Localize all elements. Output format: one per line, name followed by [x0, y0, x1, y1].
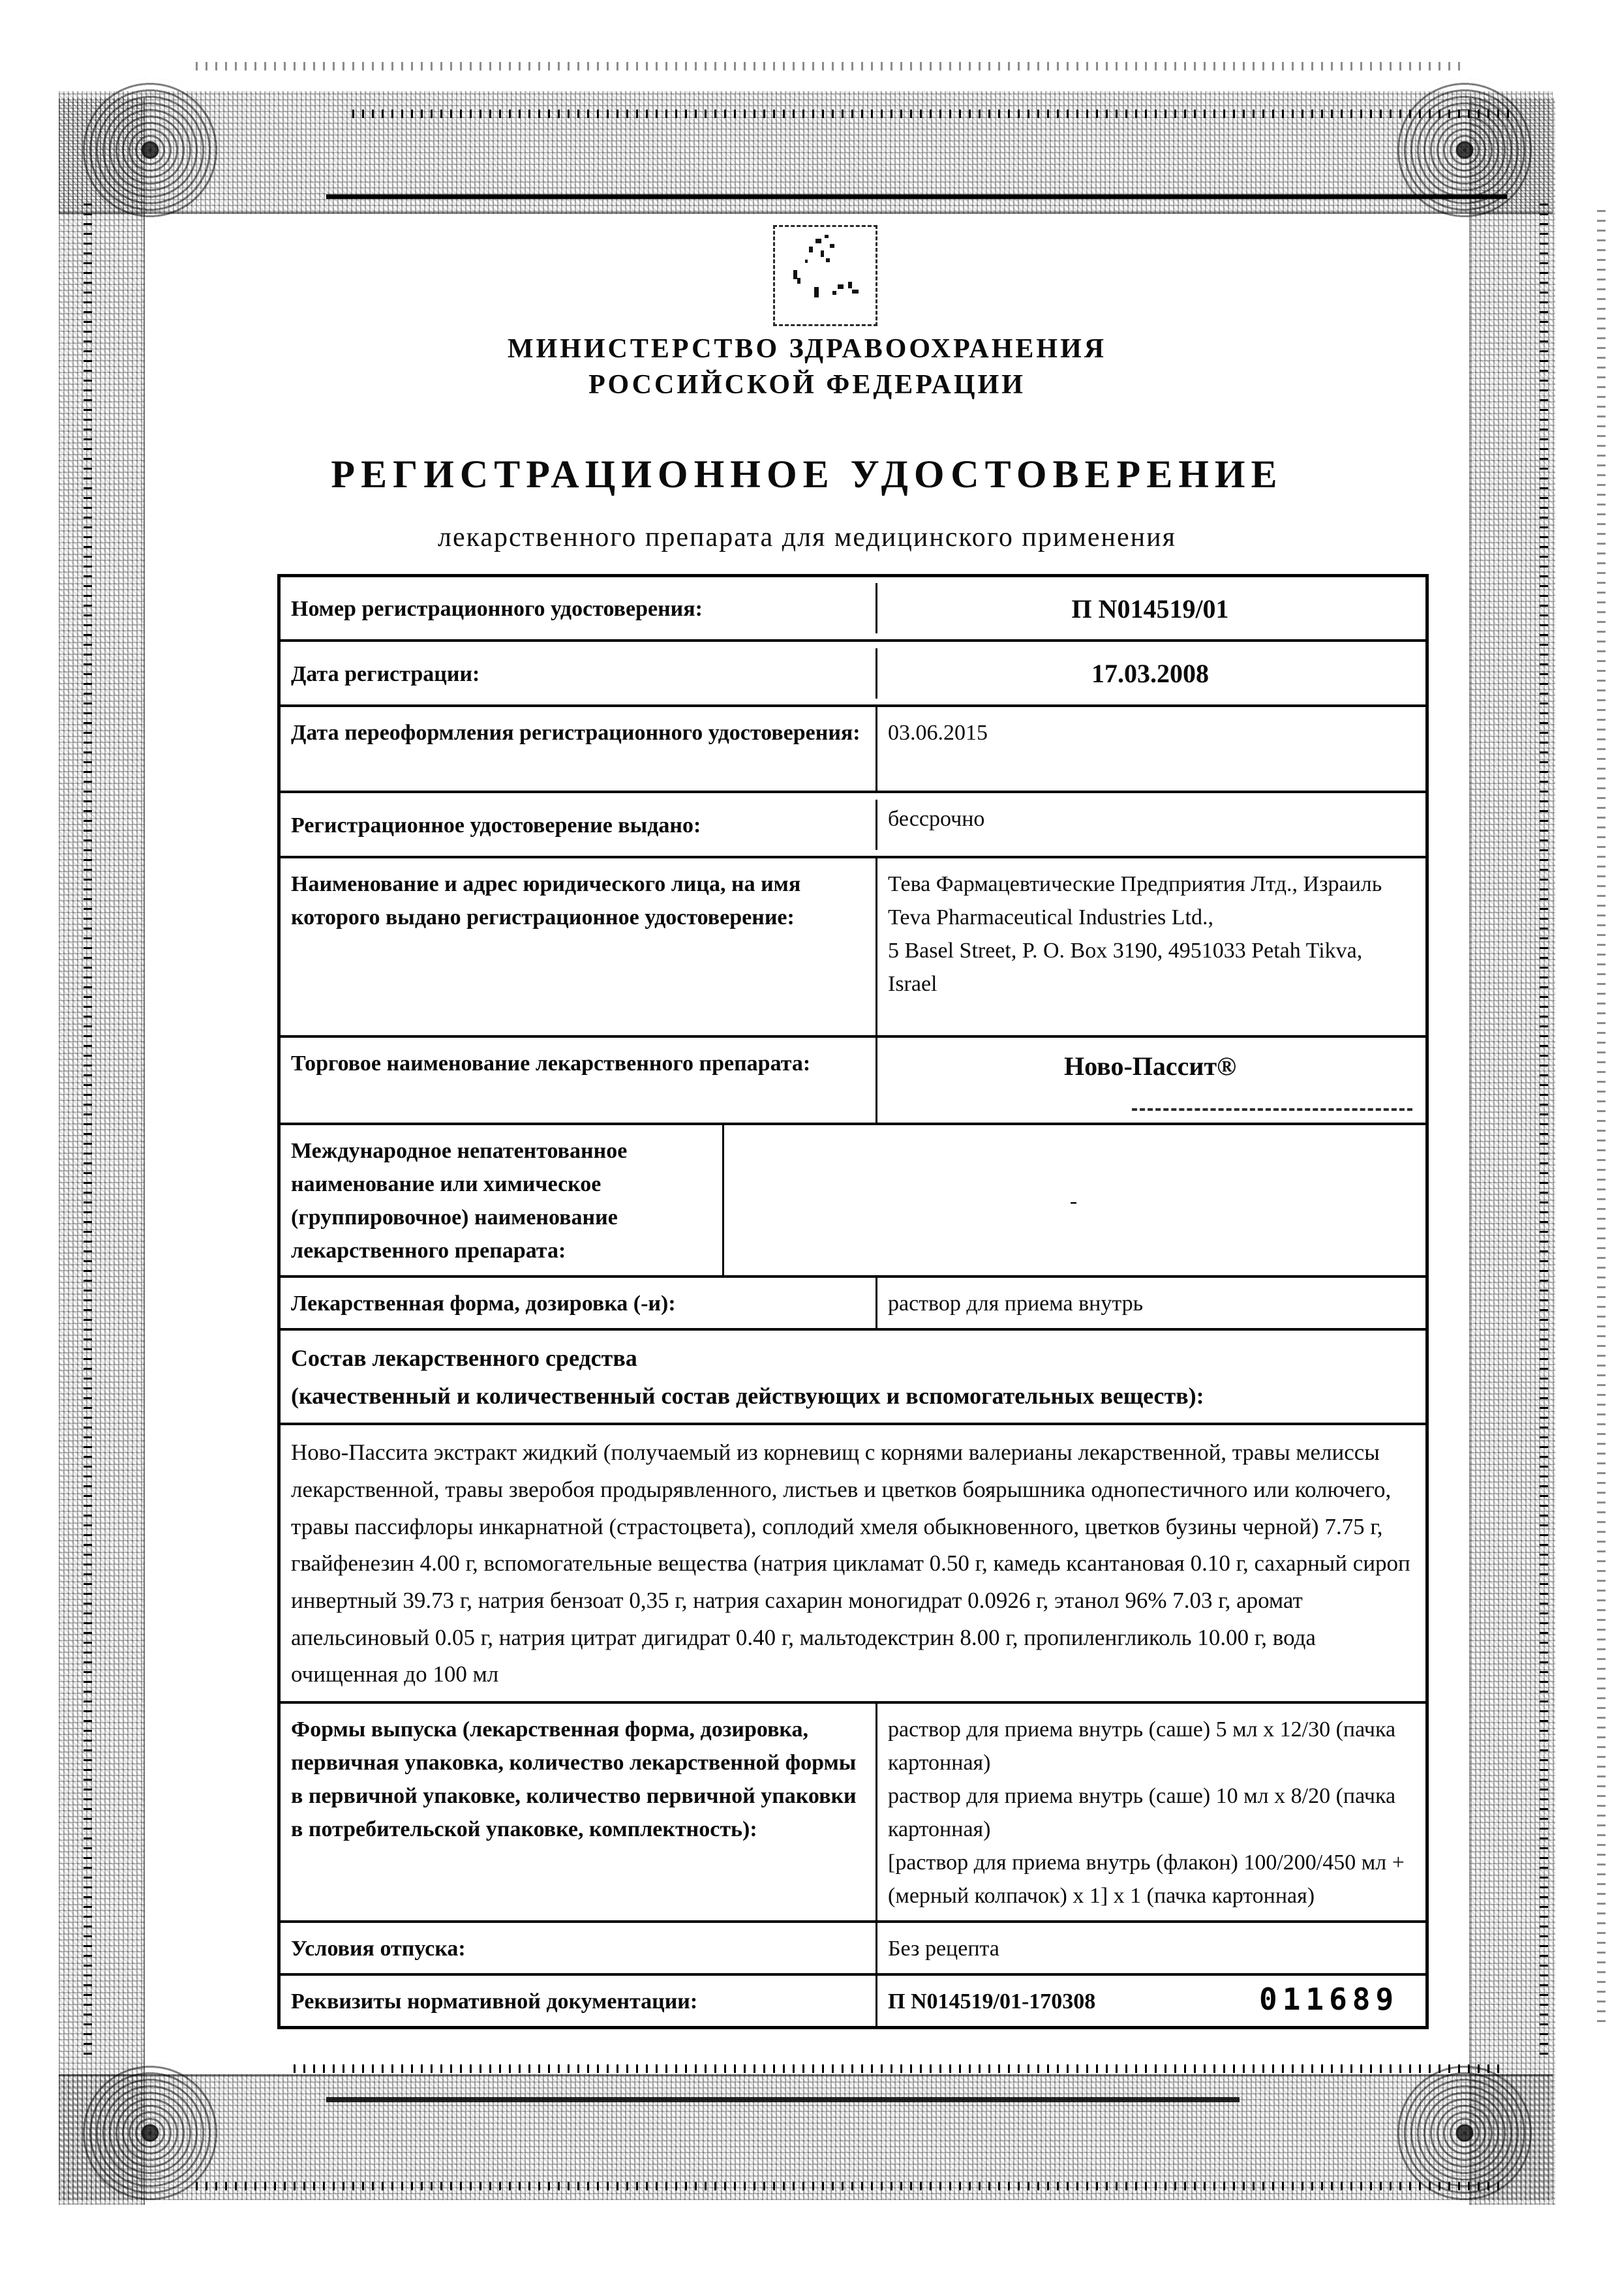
- dispensing-conditions-label: Условия отпуска:: [281, 1923, 877, 1973]
- border-band-left: [59, 98, 145, 2205]
- row-release-forms: Формы выпуска (лекарственная форма, дози…: [281, 1701, 1425, 1920]
- holder-label: Наименование и адрес юридического лица, …: [281, 858, 877, 1035]
- serial-number-stamp: 011689: [1259, 1982, 1399, 2017]
- document-subtitle: лекарственного препарата для медицинског…: [0, 522, 1614, 553]
- row-certificate-issued: Регистрационное удостоверение выдано: бе…: [281, 791, 1425, 856]
- document-title: РЕГИСТРАЦИОННОЕ УДОСТОВЕРЕНИЕ: [0, 452, 1614, 497]
- release-forms-label: Формы выпуска (лекарственная форма, дози…: [281, 1704, 877, 1920]
- release-forms-value: раствор для приема внутрь (саше) 5 мл x …: [877, 1704, 1425, 1920]
- registration-number-label: Номер регистрационного удостоверения:: [281, 583, 877, 633]
- row-composition-header: Состав лекарственного средства (качестве…: [281, 1328, 1425, 1423]
- ministry-line1: МИНИСТЕРСТВО ЗДРАВООХРАНЕНИЯ: [0, 331, 1614, 367]
- registration-number-value: П N014519/01: [877, 581, 1425, 637]
- border-rosette-top-right: [1393, 78, 1536, 222]
- border-ticks-top: [352, 110, 1514, 118]
- holder-value: Тева Фармацевтические Предприятия Лтд., …: [877, 858, 1425, 1035]
- ministry-header: МИНИСТЕРСТВО ЗДРАВООХРАНЕНИЯ РОССИЙСКОЙ …: [0, 331, 1614, 402]
- normative-docs-label: Реквизиты нормативной документации:: [281, 1976, 877, 2026]
- border-rule-top: [326, 194, 1507, 199]
- dosage-form-value: раствор для приема внутрь: [877, 1278, 1425, 1328]
- inn-label: Международное непатентованное наименован…: [281, 1125, 724, 1275]
- border-rule-bottom: [326, 2097, 1240, 2102]
- certificate-issued-value: бессрочно: [877, 793, 1425, 843]
- border-ticks-bottom-inner: [294, 2064, 1500, 2073]
- reissue-date-value: 03.06.2015: [877, 707, 1425, 791]
- row-inn: Международное непатентованное наименован…: [281, 1123, 1425, 1275]
- registration-date-label: Дата регистрации:: [281, 648, 877, 699]
- row-holder: Наименование и адрес юридического лица, …: [281, 856, 1425, 1035]
- scan-noise-strip: [196, 62, 1468, 70]
- reissue-date-label: Дата переоформления регистрационного удо…: [281, 707, 877, 791]
- row-reissue-date: Дата переоформления регистрационного удо…: [281, 704, 1425, 791]
- ministry-line2: РОССИЙСКОЙ ФЕДЕРАЦИИ: [0, 367, 1614, 403]
- scan-dash-artifact: [1132, 1108, 1412, 1111]
- certificate-issued-label: Регистрационное удостоверение выдано:: [281, 800, 877, 850]
- row-dosage-form: Лекарственная форма, дозировка (-и): рас…: [281, 1275, 1425, 1328]
- certificate-table: Номер регистрационного удостоверения: П …: [277, 574, 1429, 2029]
- certificate-page: МИНИСТЕРСТВО ЗДРАВООХРАНЕНИЯ РОССИЙСКОЙ …: [0, 0, 1614, 2296]
- trade-name-value: Ново-Пассит®: [877, 1038, 1425, 1123]
- row-trade-name: Торговое наименование лекарственного пре…: [281, 1035, 1425, 1123]
- inn-value: -: [724, 1175, 1425, 1226]
- row-normative-docs: Реквизиты нормативной документации: П N0…: [281, 1973, 1425, 2026]
- border-ticks-bottom-outer: [196, 2182, 1500, 2190]
- row-registration-number: Номер регистрационного удостоверения: П …: [281, 577, 1425, 639]
- border-rosette-top-left: [78, 78, 222, 222]
- dosage-form-label: Лекарственная форма, дозировка (-и):: [281, 1278, 877, 1328]
- trade-name-label: Торговое наименование лекарственного пре…: [281, 1038, 877, 1123]
- composition-text: Ново-Пассита экстракт жидкий (получаемый…: [281, 1425, 1425, 1701]
- row-dispensing-conditions: Условия отпуска: Без рецепта: [281, 1920, 1425, 1973]
- dispensing-conditions-value: Без рецепта: [877, 1923, 1425, 1973]
- row-composition-text: Ново-Пассита экстракт жидкий (получаемый…: [281, 1423, 1425, 1701]
- registration-date-value: 17.03.2008: [877, 645, 1425, 701]
- composition-header: Состав лекарственного средства (качестве…: [281, 1331, 1425, 1423]
- row-registration-date: Дата регистрации: 17.03.2008: [281, 639, 1425, 704]
- coat-of-arms-icon: [773, 225, 877, 326]
- trade-name-text: Ново-Пассит®: [1064, 1051, 1236, 1081]
